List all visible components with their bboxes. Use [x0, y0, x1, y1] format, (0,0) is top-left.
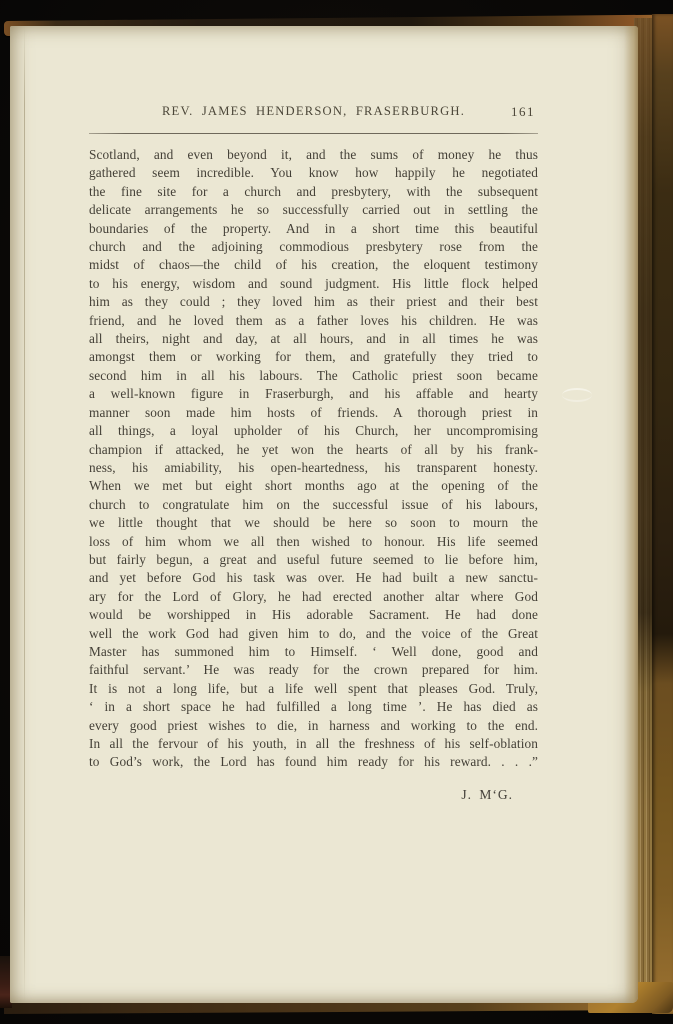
header-rule [89, 133, 538, 134]
text-line: church to congratulate him on the succes… [89, 496, 538, 514]
text-line: church and the adjoining commodious pres… [89, 238, 538, 256]
text-line: It is not a long life, but a life well s… [89, 680, 538, 698]
page-right-edge-shade [624, 26, 638, 1003]
text-line: every good priest wishes to die, in harn… [89, 717, 538, 735]
text-line: the fine site for a church and presbyter… [89, 183, 538, 201]
text-line: Scotland, and even beyond it, and the su… [89, 146, 538, 164]
text-line: but fairly begun, a great and useful fut… [89, 551, 538, 569]
text-line: would be worshipped in His adorable Sacr… [89, 606, 538, 624]
text-line: amongst them or working for them, and gr… [89, 348, 538, 366]
text-line: friend, and he loved them as a father lo… [89, 312, 538, 330]
text-line: well the work God had given him to do, a… [89, 625, 538, 643]
text-line: manner soon made him hosts of friends. A… [89, 404, 538, 422]
text-line: and yet before God his task was over. He… [89, 569, 538, 587]
text-line: ness, his amiability, his open-heartedne… [89, 459, 538, 477]
page-curl-line [24, 26, 25, 1003]
page-text-block: REV. JAMES HENDERSON, FRASERBURGH. 161 S… [89, 104, 538, 803]
text-line: loss of him whom we all then wished to h… [89, 533, 538, 551]
page-smudge [562, 388, 592, 402]
text-line: second him in all his labours. The Catho… [89, 367, 538, 385]
text-line: him as they could ; they loved him as th… [89, 293, 538, 311]
text-line: delicate arrangements he so successfully… [89, 201, 538, 219]
text-line: boundaries of the property. And in a sho… [89, 220, 538, 238]
text-line: to God’s work, the Lord has found him re… [89, 753, 538, 771]
page-header: REV. JAMES HENDERSON, FRASERBURGH. 161 [89, 104, 538, 122]
text-line: faithful servant.’ He was ready for the … [89, 661, 538, 679]
text-line: When we met but eight short months ago a… [89, 477, 538, 495]
text-line: all things, a loyal upholder of his Chur… [89, 422, 538, 440]
book-cover-right-edge [652, 14, 673, 1014]
book-page: REV. JAMES HENDERSON, FRASERBURGH. 161 S… [10, 26, 638, 1003]
text-line: gathered seem incredible. You know how h… [89, 164, 538, 182]
book-photo: REV. JAMES HENDERSON, FRASERBURGH. 161 S… [0, 0, 673, 1024]
signature: J. M‘G. [89, 787, 538, 803]
text-line: midst of chaos—the child of his creation… [89, 256, 538, 274]
text-line: Master has summoned him to Himself. ‘ We… [89, 643, 538, 661]
page-number: 161 [511, 104, 535, 120]
text-line: a well-known figure in Fraserburgh, and … [89, 385, 538, 403]
text-line: champion if attacked, he yet won the hea… [89, 441, 538, 459]
text-line: ary for the Lord of Glory, he had erecte… [89, 588, 538, 606]
text-line: we little thought that we should be here… [89, 514, 538, 532]
text-line: In all the fervour of his youth, in all … [89, 735, 538, 753]
text-line: to his energy, wisdom and sound judgment… [89, 275, 538, 293]
text-line: ‘ in a short space he had fulfilled a lo… [89, 698, 538, 716]
body-text: Scotland, and even beyond it, and the su… [89, 146, 538, 772]
running-title: REV. JAMES HENDERSON, FRASERBURGH. [89, 104, 538, 119]
text-line: all theirs, night and day, at all hours,… [89, 330, 538, 348]
